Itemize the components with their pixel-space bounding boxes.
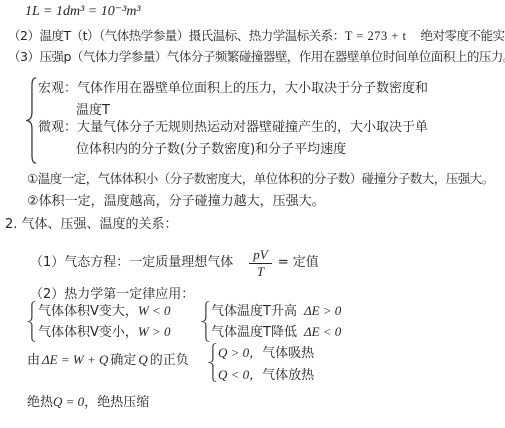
energy-line-1: 气体温度T升高ΔE > 0 bbox=[211, 303, 341, 320]
q-determination-line: 由ΔE = W + Q确定Q的正负 bbox=[27, 352, 189, 369]
q-curly-brace bbox=[208, 343, 217, 382]
gas-equation-line: （1）气态方程：一定质量理想气体 pV T = 定值 bbox=[30, 244, 319, 282]
energy-line-2-text: 气体温度T降低 bbox=[211, 325, 297, 340]
work-line-2-text: 气体体积V变小， bbox=[38, 325, 138, 340]
gas-equation-equals: = 定值 bbox=[278, 255, 319, 271]
q-case-2-text: 气体放热 bbox=[262, 368, 314, 383]
macro-line-1: 宏观：气体作用在器壁单位面积上的压力，大小取决于分子数密度和 bbox=[38, 81, 428, 97]
energy-line-2: 气体温度T降低ΔE < 0 bbox=[211, 324, 341, 341]
temperature-formula: T = 273 + t bbox=[345, 29, 407, 43]
absolute-zero-note: 绝对零度不能实现 bbox=[420, 28, 505, 43]
adiabatic-text-2: ，绝热压缩 bbox=[84, 395, 149, 410]
q-case-1-math: Q > 0， bbox=[218, 345, 262, 360]
physics-notes-document: 1L = 1dm³ = 10⁻³m³ （2）温度T（t）（气体热学参量）摄氏温标… bbox=[0, 0, 505, 428]
adiabatic-math: Q = 0 bbox=[53, 394, 84, 409]
micro-line-2: 位体积内的分子数(分子数密度)和分子平均速度 bbox=[76, 142, 346, 158]
q-det-text-3: 的正负 bbox=[150, 353, 189, 368]
energy-line-2-math: ΔE < 0 bbox=[304, 324, 341, 339]
liter-conversion-formula: 1L = 1dm³ = 10⁻³m³ bbox=[25, 4, 141, 21]
work-line-2: 气体体积V变小，W > 0 bbox=[38, 324, 171, 341]
energy-curly-brace bbox=[201, 301, 210, 342]
work-line-1-text: 气体体积V变大， bbox=[38, 304, 138, 319]
pressure-curly-brace bbox=[26, 77, 37, 164]
fraction-numerator: pV bbox=[249, 248, 271, 264]
work-line-1-math: W < 0 bbox=[138, 303, 171, 318]
first-law-heading: （2）热力学第一定律应用： bbox=[30, 287, 194, 303]
micro-line-1: 微观：大量气体分子无规则热运动对器壁碰撞产生的，大小取决于单 bbox=[38, 120, 428, 136]
q-case-1-text: 气体吸热 bbox=[262, 346, 314, 361]
work-line-1: 气体体积V变大，W < 0 bbox=[38, 303, 171, 320]
adiabatic-line: 绝热Q = 0，绝热压缩 bbox=[27, 394, 149, 411]
q-case-1: Q > 0，气体吸热 bbox=[218, 345, 314, 362]
work-curly-brace bbox=[27, 301, 36, 342]
section-2-heading: 2. 气体、压强、温度的关系： bbox=[5, 217, 178, 233]
gas-equation-fraction: pV T bbox=[249, 248, 271, 278]
q-det-math-2: Q bbox=[138, 352, 147, 367]
gas-equation-prefix: （1）气态方程：一定质量理想气体 bbox=[30, 255, 233, 271]
q-det-text-2: 确定 bbox=[110, 353, 136, 368]
fraction-denominator: T bbox=[249, 264, 271, 279]
temperature-item-line: （2）温度T（t）（气体热学参量）摄氏温标、热力学温标关系：T = 273 + … bbox=[8, 28, 505, 44]
work-line-2-math: W > 0 bbox=[138, 324, 171, 339]
pressure-item-line: （3）压强p（气体力学参量）气体分子频繁碰撞器壁，作用在器壁单位时间单位面积上的… bbox=[8, 49, 505, 64]
q-case-2: Q < 0，气体放热 bbox=[218, 367, 314, 384]
note-circle-1: ①温度一定，气体体积小（分子数密度大，单位体积的分子数）碰撞分子数大，压强大。 bbox=[27, 171, 494, 186]
temperature-item-text: （2）温度T（t）（气体热学参量）摄氏温标、热力学温标关系： bbox=[8, 28, 345, 43]
energy-line-1-text: 气体温度T升高 bbox=[211, 304, 297, 319]
adiabatic-text-1: 绝热 bbox=[27, 395, 53, 410]
energy-line-1-math: ΔE > 0 bbox=[304, 303, 341, 318]
q-det-math-1: ΔE = W + Q bbox=[42, 352, 108, 367]
macro-line-2: 温度T bbox=[76, 103, 110, 119]
q-det-text-1: 由 bbox=[27, 353, 40, 368]
q-case-2-math: Q < 0， bbox=[218, 367, 262, 382]
note-circle-2: ②体积一定，温度越高，分子碰撞力越大，压强大。 bbox=[27, 194, 325, 210]
